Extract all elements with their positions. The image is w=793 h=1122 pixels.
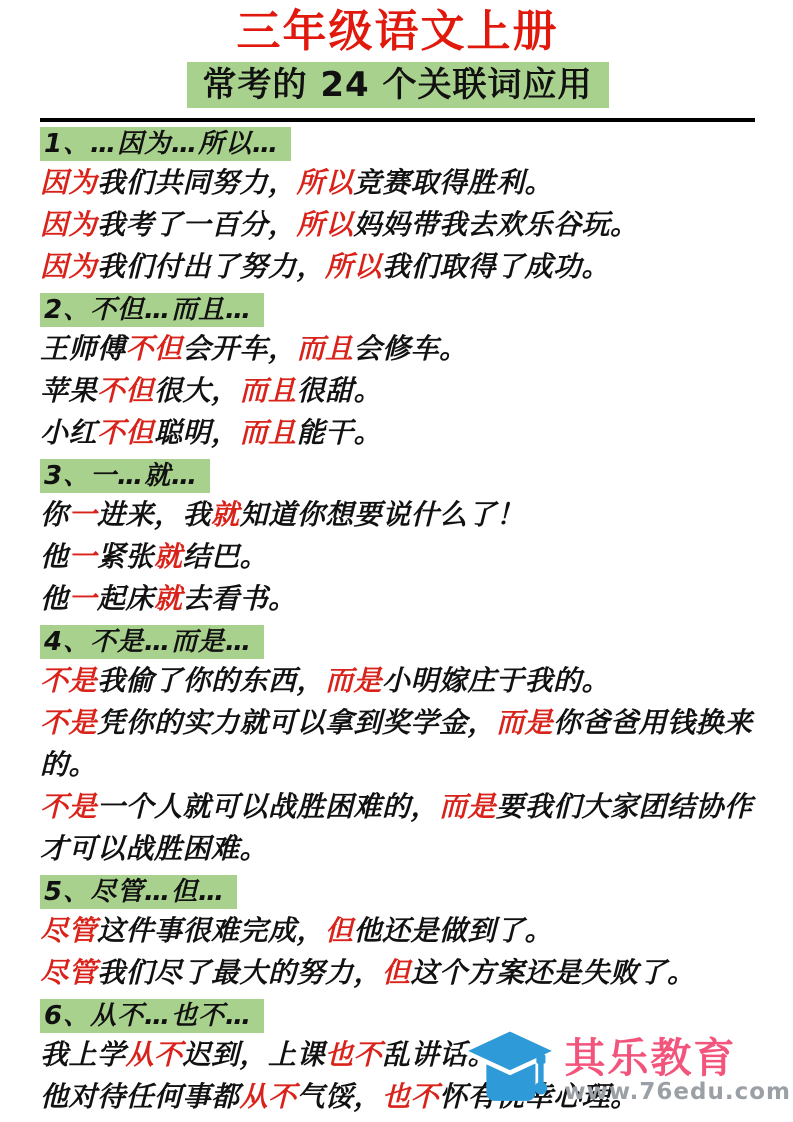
conjunction-word: 就 xyxy=(211,498,240,531)
conjunction-word: 所以 xyxy=(325,250,382,283)
graduation-cap-icon xyxy=(460,1024,564,1116)
conjunction-word: 不是 xyxy=(40,664,97,697)
sentence-text: 小明嫁庄于我的。 xyxy=(382,664,610,697)
example-sentence: 因为我们共同努力，所以竞赛取得胜利。 xyxy=(40,162,755,204)
example-sentence: 不是一个人就可以战胜困难的，而是要我们大家团结协作才可以战胜困难。 xyxy=(40,786,755,870)
sentence-text: 王师傅 xyxy=(40,332,126,365)
example-sentence: 苹果不但很大，而且很甜。 xyxy=(40,370,755,412)
sentence-text: 我偷了你的东西， xyxy=(97,664,325,697)
conjunction-word: 而是 xyxy=(325,664,382,697)
sentence-text: 会修车。 xyxy=(354,332,468,365)
sentence-text: 紧张 xyxy=(97,540,154,573)
conjunction-word: 一 xyxy=(69,540,98,573)
section-heading: 4、不是…而是… xyxy=(40,625,264,659)
sentence-text: 你 xyxy=(40,498,69,531)
section-3: 3、一…就…你一进来，我就知道你想要说什么了！他一紧张就结巴。他一起床就去看书。 xyxy=(40,454,755,620)
sentence-text: 妈妈带我去欢乐谷玩。 xyxy=(354,208,639,241)
sentence-text: 他 xyxy=(40,540,69,573)
sentence-text: 起床 xyxy=(97,582,154,615)
example-sentence: 尽管我们尽了最大的努力，但这个方案还是失败了。 xyxy=(40,952,755,994)
conjunction-word: 而且 xyxy=(297,332,354,365)
sentence-text: 我们付出了努力， xyxy=(97,250,325,283)
sentence-text: 很大， xyxy=(154,374,240,407)
conjunction-word: 而是 xyxy=(496,706,553,739)
conjunction-word: 也不 xyxy=(325,1038,382,1071)
page-subtitle: 常考的 24 个关联词应用 xyxy=(187,62,609,108)
example-sentence: 不是我偷了你的东西，而是小明嫁庄于我的。 xyxy=(40,660,755,702)
section-1: 1、…因为…所以…因为我们共同努力，所以竞赛取得胜利。因为我考了一百分，所以妈妈… xyxy=(40,122,755,288)
conjunction-word: 尽管 xyxy=(40,956,97,989)
conjunction-word: 因为 xyxy=(40,250,97,283)
conjunction-word: 不是 xyxy=(40,790,97,823)
sentence-text: 我们取得了成功。 xyxy=(382,250,610,283)
sentence-text: 进来，我 xyxy=(97,498,211,531)
conjunction-word: 因为 xyxy=(40,208,97,241)
conjunction-word: 而是 xyxy=(439,790,496,823)
example-sentence: 不是凭你的实力就可以拿到奖学金，而是你爸爸用钱换来的。 xyxy=(40,702,755,786)
example-sentence: 因为我们付出了努力，所以我们取得了成功。 xyxy=(40,246,755,288)
sentence-text: 去看书。 xyxy=(183,582,297,615)
page-title: 三年级语文上册 xyxy=(40,6,755,58)
sentence-text: 很甜。 xyxy=(297,374,383,407)
conjunction-word: 就 xyxy=(154,582,183,615)
example-sentence: 尽管这件事很难完成，但他还是做到了。 xyxy=(40,910,755,952)
section-heading: 1、…因为…所以… xyxy=(40,127,291,161)
conjunction-word: 不但 xyxy=(97,416,154,449)
sentence-text: 这件事很难完成， xyxy=(97,914,325,947)
sentence-text: 我上学 xyxy=(40,1038,126,1071)
sentence-text: 小红 xyxy=(40,416,97,449)
conjunction-word: 从不 xyxy=(126,1038,183,1071)
example-sentence: 他一紧张就结巴。 xyxy=(40,536,755,578)
worksheet-page: 三年级语文上册 常考的 24 个关联词应用 1、…因为…所以…因为我们共同努力，… xyxy=(0,0,793,1122)
sections-list: 1、…因为…所以…因为我们共同努力，所以竞赛取得胜利。因为我考了一百分，所以妈妈… xyxy=(40,122,755,1118)
conjunction-word: 而且 xyxy=(240,374,297,407)
conjunction-word: 一 xyxy=(69,582,98,615)
conjunction-word: 不但 xyxy=(97,374,154,407)
sentence-text: 结巴。 xyxy=(183,540,269,573)
conjunction-word: 而且 xyxy=(240,416,297,449)
conjunction-word: 但 xyxy=(382,956,411,989)
watermark-text: 其乐教育 www.76edu.com xyxy=(564,1036,791,1104)
conjunction-word: 尽管 xyxy=(40,914,97,947)
conjunction-word: 一 xyxy=(69,498,98,531)
conjunction-word: 所以 xyxy=(297,208,354,241)
sentence-text: 会开车， xyxy=(183,332,297,365)
sentence-text: 我们尽了最大的努力， xyxy=(97,956,382,989)
sentence-text: 知道你想要说什么了！ xyxy=(240,498,525,531)
section-4: 4、不是…而是…不是我偷了你的东西，而是小明嫁庄于我的。不是凭你的实力就可以拿到… xyxy=(40,620,755,870)
sentence-text: 我们共同努力， xyxy=(97,166,297,199)
sentence-text: 我考了一百分， xyxy=(97,208,297,241)
conjunction-word: 也不 xyxy=(382,1080,439,1113)
sentence-text: 迟到，上课 xyxy=(183,1038,326,1071)
sentence-text: 能干。 xyxy=(297,416,383,449)
section-2: 2、不但…而且…王师傅不但会开车，而且会修车。苹果不但很大，而且很甜。小红不但聪… xyxy=(40,288,755,454)
sentence-text: 聪明， xyxy=(154,416,240,449)
conjunction-word: 但 xyxy=(325,914,354,947)
sentence-text: 气馁， xyxy=(297,1080,383,1113)
subtitle-wrap: 常考的 24 个关联词应用 xyxy=(40,62,755,108)
conjunction-word: 不是 xyxy=(40,706,97,739)
sentence-text: 一个人就可以战胜困难的， xyxy=(97,790,439,823)
example-sentence: 王师傅不但会开车，而且会修车。 xyxy=(40,328,755,370)
conjunction-word: 从不 xyxy=(240,1080,297,1113)
example-sentence: 你一进来，我就知道你想要说什么了！ xyxy=(40,494,755,536)
sentence-text: 竞赛取得胜利。 xyxy=(354,166,554,199)
example-sentence: 他一起床就去看书。 xyxy=(40,578,755,620)
example-sentence: 因为我考了一百分，所以妈妈带我去欢乐谷玩。 xyxy=(40,204,755,246)
section-heading: 2、不但…而且… xyxy=(40,293,264,327)
section-heading: 6、从不…也不… xyxy=(40,999,264,1033)
sentence-text: 苹果 xyxy=(40,374,97,407)
section-5: 5、尽管…但…尽管这件事很难完成，但他还是做到了。尽管我们尽了最大的努力，但这个… xyxy=(40,870,755,994)
watermark-url: www.76edu.com xyxy=(564,1080,791,1104)
section-heading: 3、一…就… xyxy=(40,459,210,493)
conjunction-word: 就 xyxy=(154,540,183,573)
sentence-text: 他 xyxy=(40,582,69,615)
sentence-text: 他对待任何事都 xyxy=(40,1080,240,1113)
example-sentence: 小红不但聪明，而且能干。 xyxy=(40,412,755,454)
section-heading: 5、尽管…但… xyxy=(40,875,237,909)
sentence-text: 这个方案还是失败了。 xyxy=(411,956,696,989)
conjunction-word: 不但 xyxy=(126,332,183,365)
sentence-text: 他还是做到了。 xyxy=(354,914,554,947)
sentence-text: 凭你的实力就可以拿到奖学金， xyxy=(97,706,496,739)
conjunction-word: 因为 xyxy=(40,166,97,199)
conjunction-word: 所以 xyxy=(297,166,354,199)
watermark: 其乐教育 www.76edu.com xyxy=(460,1024,791,1116)
watermark-brand: 其乐教育 xyxy=(564,1036,736,1080)
